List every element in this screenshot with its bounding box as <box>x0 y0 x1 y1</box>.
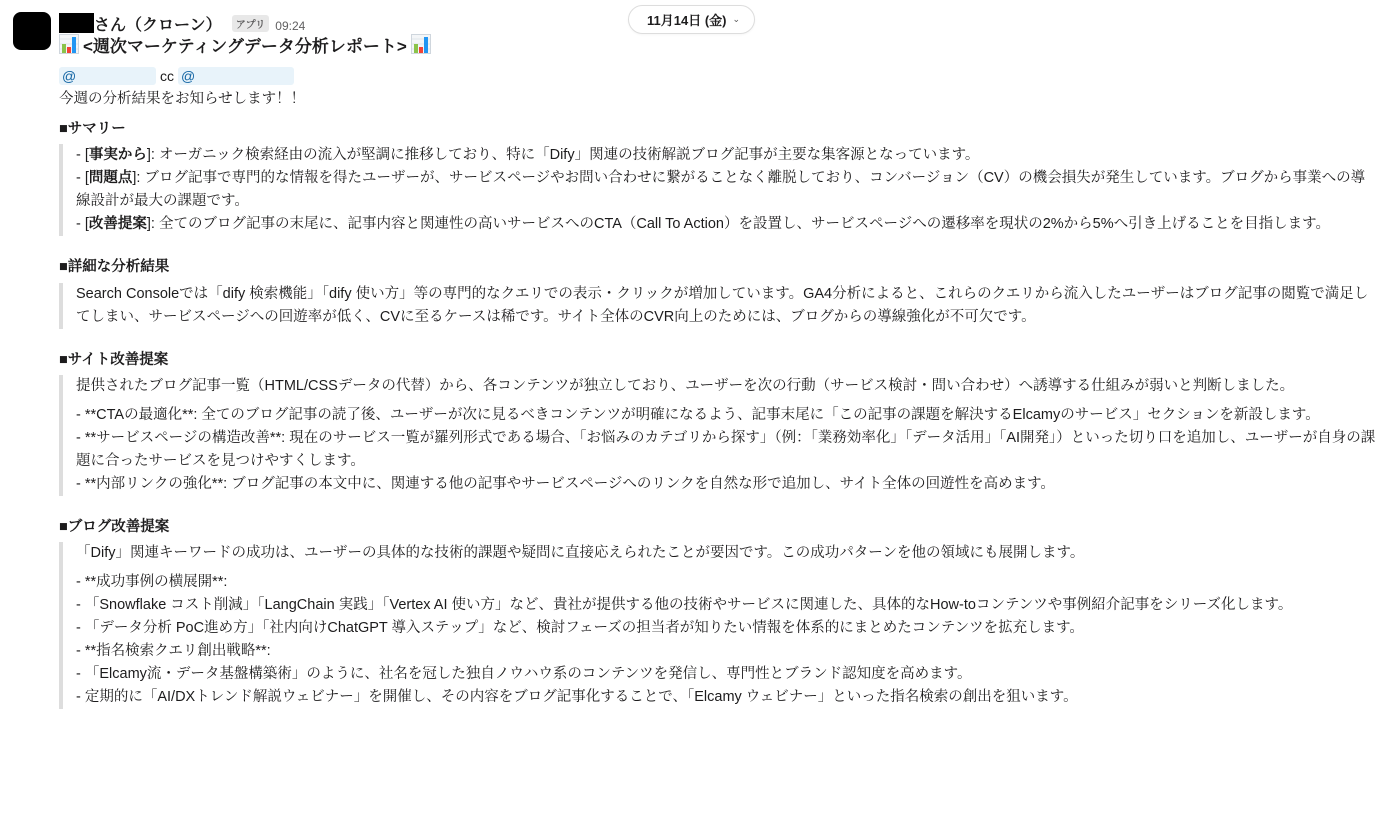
cc-label: cc <box>160 68 174 84</box>
section-title-site: ■サイト改善提案 <box>59 349 1379 371</box>
site-intro: 提供されたブログ記事一覧（HTML/CSSデータの代替）から、各コンテンツが独立… <box>76 375 1379 398</box>
blog-item: - 「Elcamy流・データ基盤構築術」のように、社名を冠した独自ノウハウ系のコ… <box>76 663 1379 686</box>
site-item: - **内部リンクの強化**: ブログ記事の本文中に、関連する他の記事やサービス… <box>76 473 1379 496</box>
blog-item: - 定期的に「AI/DXトレンド解説ウェビナー」を開催し、その内容をブログ記事化… <box>76 686 1379 709</box>
blog-item: - 「Snowflake コスト削減」「LangChain 実践」「Vertex… <box>76 594 1379 617</box>
blockquote-site: 提供されたブログ記事一覧（HTML/CSSデータの代替）から、各コンテンツが独立… <box>59 375 1379 496</box>
bar-chart-icon <box>59 34 79 54</box>
detail-text: Search Consoleでは「dify 検索機能」「dify 使い方」等の専… <box>76 283 1379 329</box>
site-item: - **サービスページの構造改善**: 現在のサービス一覧が羅列形式である場合、… <box>76 427 1379 473</box>
blog-item: - 「データ分析 PoC進め方」「社内向けChatGPT 導入ステップ」など、検… <box>76 617 1379 640</box>
redacted-name <box>59 13 94 33</box>
app-badge: アプリ <box>232 15 270 32</box>
message-content: さん（クローン） アプリ 09:24 <週次マーケティングデータ分析レポート> <box>59 10 1379 709</box>
blockquote-summary: - [事実から]: オーガニック検索経由の流入が堅調に推移しており、特に「Dif… <box>59 144 1379 236</box>
chat-message: 11月14日 (金) ⌄ さん（クローン） アプリ 09:24 <週次マーケティ… <box>0 0 1389 832</box>
avatar[interactable] <box>13 12 51 50</box>
blockquote-detail: Search Consoleでは「dify 検索機能」「dify 使い方」等の専… <box>59 283 1379 329</box>
blog-item: - **指名検索クエリ創出戦略**: <box>76 640 1379 663</box>
message-header: さん（クローン） アプリ 09:24 <box>59 10 1379 32</box>
summary-item: - [事実から]: オーガニック検索経由の流入が堅調に推移しており、特に「Dif… <box>76 144 1379 167</box>
summary-item: - [改善提案]: 全てのブログ記事の末尾に、記事内容と関連性の高いサービスへの… <box>76 213 1379 236</box>
report-title: <週次マーケティングデータ分析レポート> <box>83 32 407 57</box>
blog-item: - **成功事例の横展開**: <box>76 571 1379 594</box>
section-title-detail: ■詳細な分析結果 <box>59 256 1379 278</box>
site-item: - **CTAの最適化**: 全てのブログ記事の読了後、ユーザーが次に見るべきコ… <box>76 404 1379 427</box>
section-title-blog: ■ブログ改善提案 <box>59 516 1379 538</box>
bar-chart-icon <box>411 34 431 54</box>
blockquote-blog: 「Dify」関連キーワードの成功は、ユーザーの具体的な技術的課題や疑問に直接応え… <box>59 542 1379 709</box>
section-title-summary: ■サマリー <box>59 118 1379 140</box>
user-mention[interactable]: @ <box>178 67 294 85</box>
blog-intro: 「Dify」関連キーワードの成功は、ユーザーの具体的な技術的課題や疑問に直接応え… <box>76 542 1379 565</box>
intro-text: 今週の分析結果をお知らせします！！ <box>59 88 1379 111</box>
user-mention[interactable]: @ <box>59 67 156 85</box>
mentions-row: @ cc @ <box>59 66 1379 86</box>
summary-item: - [問題点]: ブログ記事で専門的な情報を得たユーザーが、サービスページやお問… <box>76 167 1379 213</box>
report-title-row: <週次マーケティングデータ分析レポート> <box>59 32 1379 56</box>
